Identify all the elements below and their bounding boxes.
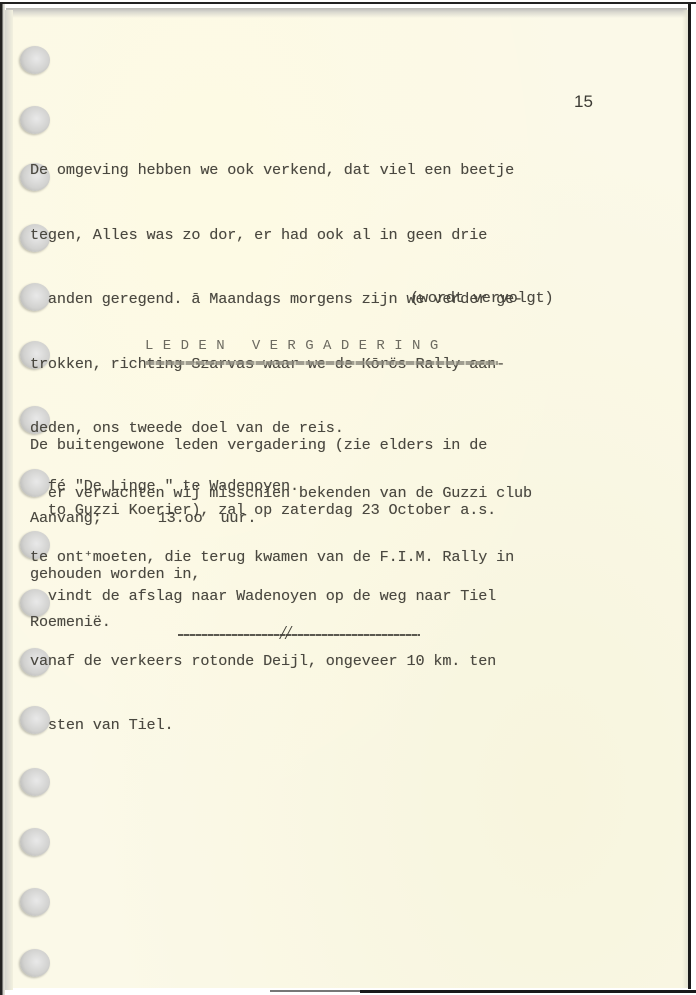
punch-hole-icon <box>20 46 50 74</box>
punch-hole-icon <box>20 768 50 796</box>
page-number: 15 <box>574 92 593 112</box>
text-line: vindt de afslag naar Wadenoyen op de weg… <box>30 586 496 608</box>
meeting-start: Aanvang;13.oo uur. <box>30 508 256 530</box>
punch-hole-icon <box>20 828 50 856</box>
continued-note: (wordt vervolgt) <box>410 288 553 310</box>
start-time: 13.oo uur. <box>158 509 257 527</box>
scan-top-edge <box>0 2 696 4</box>
section-heading: L E D E N V E R G A D E R I N G <box>145 338 439 354</box>
start-label: Aanvang; <box>30 509 102 527</box>
text-line: vanaf de verkeers rotonde Deijl, ongevee… <box>30 651 496 673</box>
page-top-shadow <box>6 8 687 18</box>
section-divider <box>178 634 420 636</box>
punch-hole-icon <box>20 888 50 916</box>
text-line: tegen, Alles was zo dor, er had ook al i… <box>30 225 532 247</box>
meeting-venue: fé "De Linge " te Wadenoyen. <box>30 476 299 498</box>
text-line: De omgeving hebben we ook verkend, dat v… <box>30 160 532 182</box>
text-line: sten van Tiel. <box>30 715 496 737</box>
directions: vindt de afslag naar Wadenoyen op de weg… <box>30 543 496 758</box>
divider-mark: // <box>280 622 291 645</box>
scan-right-edge <box>688 4 691 989</box>
punch-hole-icon <box>20 949 50 977</box>
page-left-strip <box>5 10 13 990</box>
scan-bottom-edge-light <box>270 990 360 992</box>
text-line: De buitengewone leden vergadering (zie e… <box>30 435 496 457</box>
heading-underline <box>146 361 498 365</box>
scan-bottom-edge <box>360 990 696 993</box>
